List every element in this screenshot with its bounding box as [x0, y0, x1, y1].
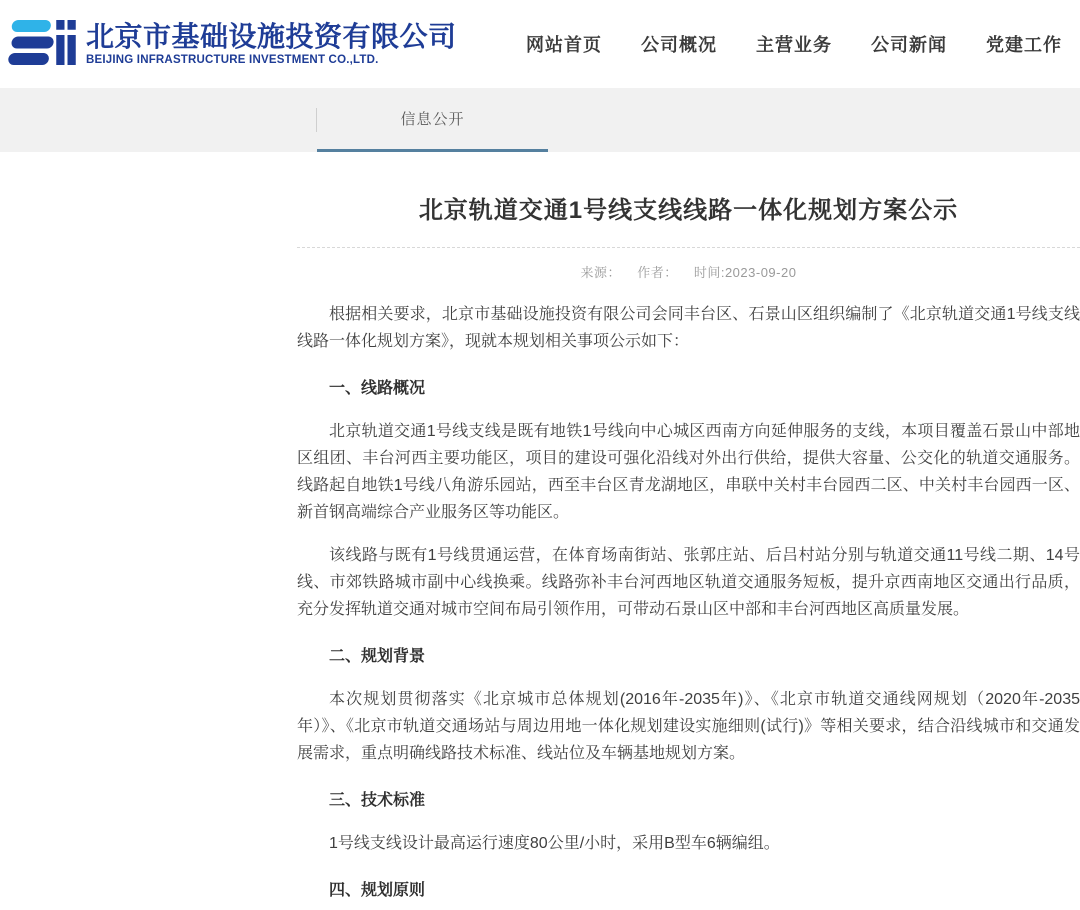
section-heading-1: 一、线路概况 — [297, 375, 1080, 402]
company-name-zh: 北京市基础设施投资有限公司 — [86, 22, 457, 53]
logo-text: 北京市基础设施投资有限公司 BEIJING INFRASTRUCTURE INV… — [86, 22, 457, 67]
tab-information-disclosure[interactable]: 信息公开 — [317, 88, 548, 152]
nav-item-main-business[interactable]: 主营业务 — [756, 31, 832, 57]
section-heading-3: 三、技术标准 — [297, 787, 1080, 814]
company-name-en: BEIJING INFRASTRUCTURE INVESTMENT CO.,LT… — [86, 54, 457, 66]
meta-source: 来源： — [581, 265, 622, 280]
article-title: 北京轨道交通1号线支线线路一体化规划方案公示 — [297, 152, 1080, 225]
meta-time: 时间:2023-09-20 — [694, 265, 797, 280]
article-body: 根据相关要求，北京市基础设施投资有限公司会同丰台区、石景山区组织编制了《北京轨道… — [297, 301, 1080, 904]
paragraph-line-overview-1: 北京轨道交通1号线支线是既有地铁1号线向中心城区西南方向延伸服务的支线，本项目覆… — [297, 418, 1080, 526]
section-heading-2: 二、规划背景 — [297, 643, 1080, 670]
nav-item-party-building[interactable]: 党建工作 — [986, 31, 1062, 57]
nav-item-company-news[interactable]: 公司新闻 — [871, 31, 947, 57]
article: 北京轨道交通1号线支线线路一体化规划方案公示 来源： 作者： 时间:2023-0… — [297, 152, 1080, 904]
site-header: 北京市基础设施投资有限公司 BEIJING INFRASTRUCTURE INV… — [0, 0, 1080, 88]
section-heading-4: 四、规划原则 — [297, 877, 1080, 904]
meta-author: 作者： — [637, 265, 678, 280]
section-band: 信息公开 — [0, 88, 1080, 152]
title-divider — [297, 247, 1080, 248]
paragraph-intro: 根据相关要求，北京市基础设施投资有限公司会同丰台区、石景山区组织编制了《北京轨道… — [297, 301, 1080, 355]
bii-logo-icon — [8, 17, 76, 71]
page: { "header": { "logo": { "company_zh": "北… — [0, 0, 1080, 910]
paragraph-technical-standard: 1号线支线设计最高运行速度80公里/小时，采用B型车6辆编组。 — [297, 830, 1080, 857]
paragraph-line-overview-2: 该线路与既有1号线贯通运营，在体育场南街站、张郭庄站、后吕村站分别与轨道交通11… — [297, 542, 1080, 623]
nav-item-company-overview[interactable]: 公司概况 — [641, 31, 717, 57]
article-meta: 来源： 作者： 时间:2023-09-20 — [297, 262, 1080, 281]
nav-item-home[interactable]: 网站首页 — [526, 31, 602, 57]
paragraph-planning-background: 本次规划贯彻落实《北京城市总体规划(2016年-2035年)》、《北京市轨道交通… — [297, 686, 1080, 767]
company-logo[interactable]: 北京市基础设施投资有限公司 BEIJING INFRASTRUCTURE INV… — [8, 17, 457, 71]
main-nav: 网站首页 公司概况 主营业务 公司新闻 党建工作 — [526, 31, 1062, 57]
